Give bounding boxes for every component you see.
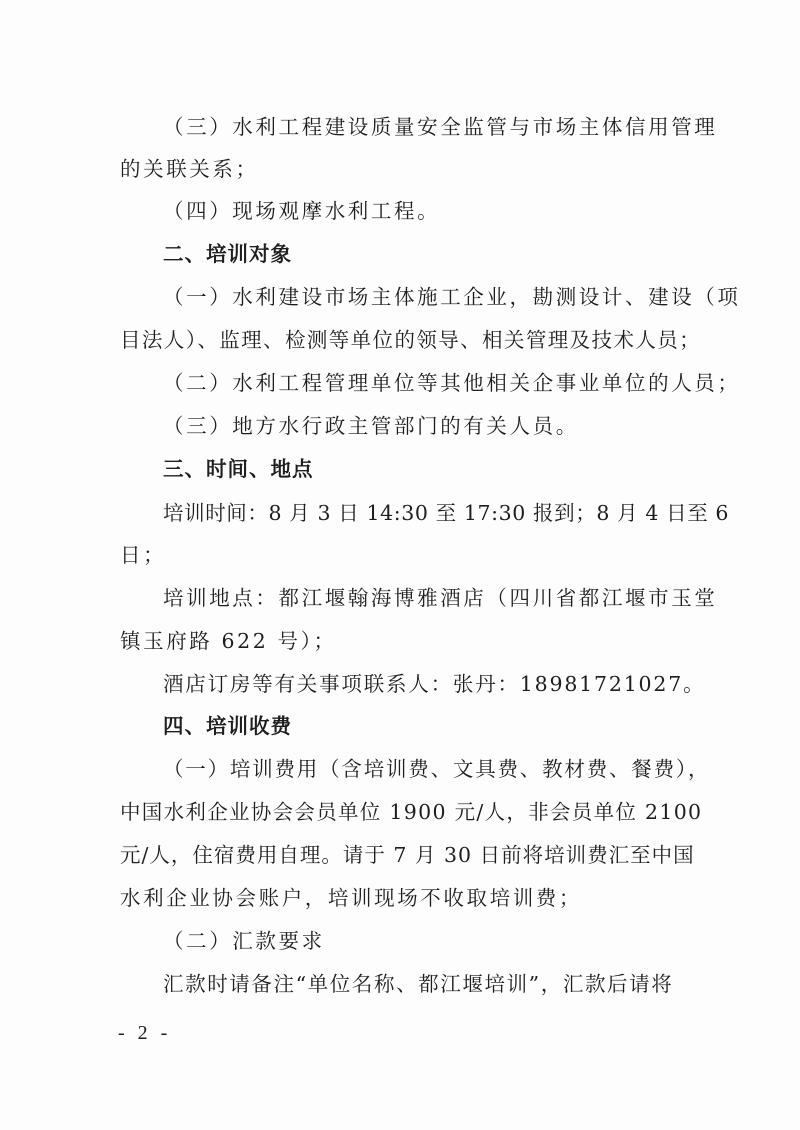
paragraph-line: 元/人，住宿费用自理。请于 7 月 30 日前将培训费汇至中国: [120, 842, 685, 868]
paragraph-line: 的关联关系；: [120, 156, 685, 182]
paragraph-line: （三）地方水行政主管部门的有关人员。: [163, 413, 685, 439]
paragraph-line: （二）水利工程管理单位等其他相关企事业单位的人员；: [163, 370, 685, 396]
paragraph-line: 中国水利企业协会会员单位 1900 元/人，非会员单位 2100: [120, 799, 685, 825]
paragraph-line: 培训时间：8 月 3 日 14:30 至 17:30 报到；8 月 4 日至 6: [163, 500, 685, 526]
paragraph-line: 培训地点：都江堰翰海博雅酒店（四川省都江堰市玉堂: [163, 585, 685, 611]
paragraph-line: （三）水利工程建设质量安全监管与市场主体信用管理: [163, 114, 685, 140]
page-number: - 2 -: [118, 1022, 171, 1045]
section-heading-training-targets: 二、培训对象: [163, 241, 685, 267]
paragraph-line: （一）水利建设市场主体施工企业，勘测设计、建设（项: [163, 284, 685, 310]
paragraph-line: 日；: [120, 542, 685, 568]
paragraph-line: （一）培训费用（含培训费、文具费、教材费、餐费），: [163, 756, 685, 782]
section-heading-training-fees: 四、培训收费: [163, 713, 685, 739]
paragraph-line: 水利企业协会账户，培训现场不收取培训费；: [120, 885, 685, 911]
section-heading-time-place: 三、时间、地点: [163, 456, 685, 482]
paragraph-line: （二）汇款要求: [163, 928, 685, 954]
document-page: （三）水利工程建设质量安全监管与市场主体信用管理 的关联关系； （四）现场观摩水…: [0, 0, 800, 1130]
paragraph-line: 汇款时请备注“单位名称、都江堰培训”，汇款后请将: [163, 971, 685, 997]
contact-line: 酒店订房等有关事项联系人：张丹：18981721027。: [163, 671, 685, 697]
paragraph-line: （四）现场观摩水利工程。: [163, 198, 685, 224]
paragraph-line: 目法人）、监理、检测等单位的领导、相关管理及技术人员；: [120, 327, 685, 353]
paragraph-line: 镇玉府路 622 号）；: [120, 628, 685, 654]
